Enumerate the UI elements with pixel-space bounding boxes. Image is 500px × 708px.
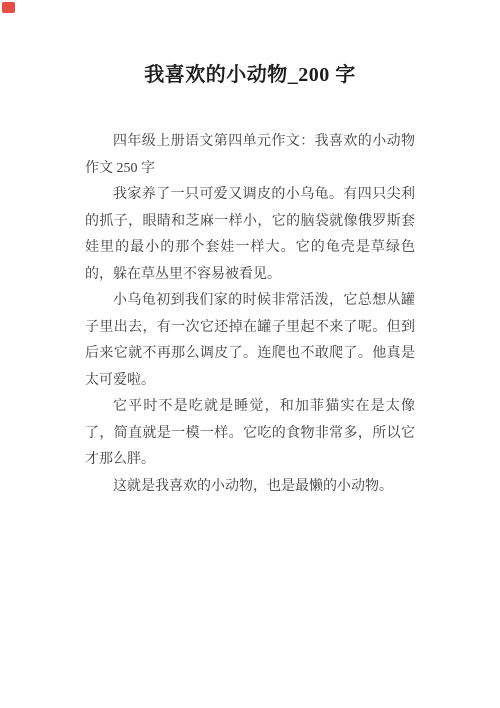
essay-paragraph: 四年级上册语文第四单元作文：我喜欢的小动物作文 250 字 [85, 129, 415, 182]
essay-title: 我喜欢的小动物_200 字 [0, 58, 500, 87]
essay-paragraph: 小乌龟初到我们家的时候非常活泼，它总想从罐子里出去，有一次它还掉在罐子里起不来了… [85, 288, 415, 394]
essay-paragraph: 它平时不是吃就是睡觉，和加菲猫实在是太像了，简直就是一模一样。它吃的食物非常多，… [85, 394, 415, 474]
essay-paragraph: 我家养了一只可爱又调皮的小乌龟。有四只尖利的抓子，眼睛和芝麻一样小，它的脑袋就像… [85, 182, 415, 288]
essay-paragraph: 这就是我喜欢的小动物，也是最懒的小动物。 [85, 474, 415, 501]
document-page: 我喜欢的小动物_200 字 四年级上册语文第四单元作文：我喜欢的小动物作文 25… [0, 0, 500, 708]
essay-body: 四年级上册语文第四单元作文：我喜欢的小动物作文 250 字我家养了一只可爱又调皮… [85, 129, 415, 500]
brand-logo-icon [2, 2, 15, 13]
